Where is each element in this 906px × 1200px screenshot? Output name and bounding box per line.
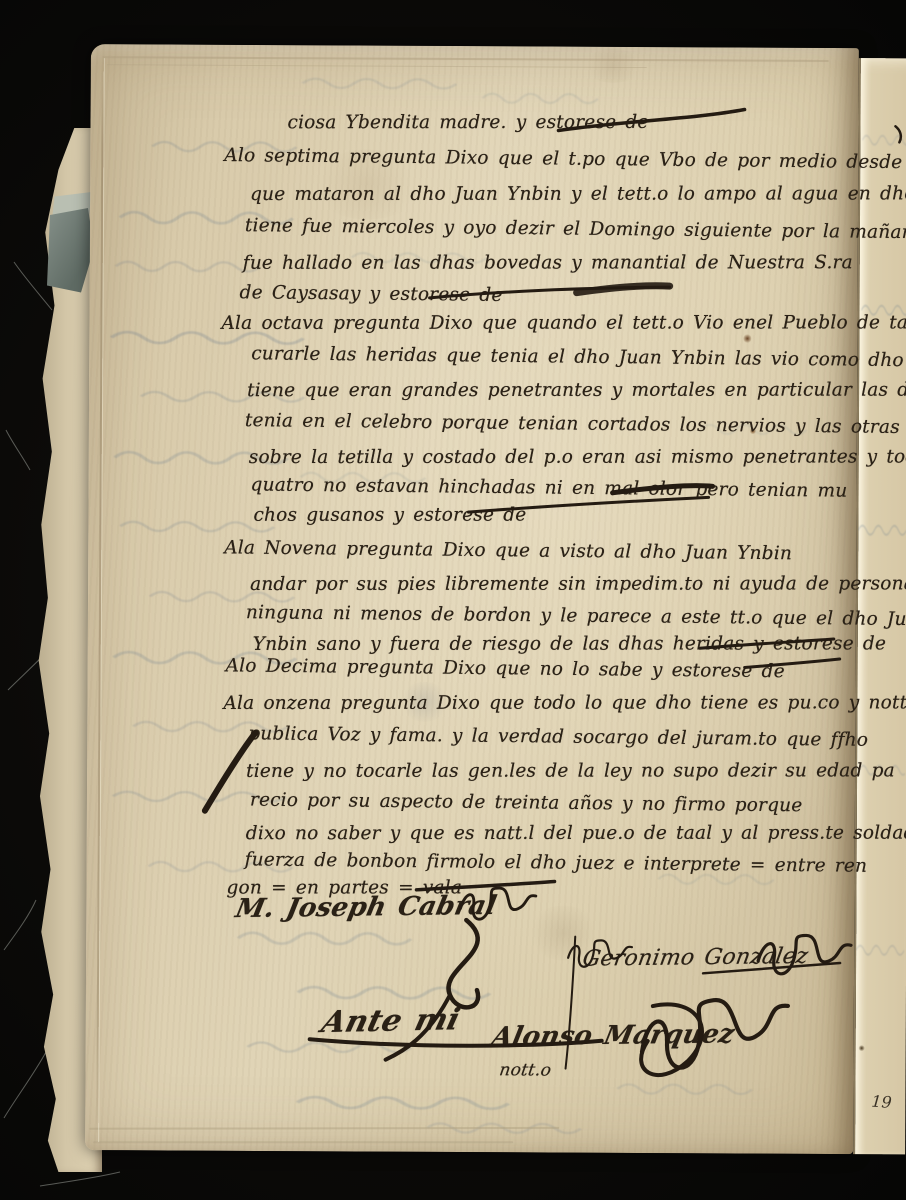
signature-alonso-marquez: Alonso Marquez (489, 1019, 737, 1052)
manuscript-line: sobre la tetilla y costado del p.o eran … (249, 446, 906, 468)
manuscript-line: publica Voz y fama. y la verdad socargo … (248, 723, 868, 750)
manuscript-photo: ciosa Ybendita madre. y estorese deAlo s… (0, 0, 906, 1200)
manuscript-line: recio por su aspecto de treinta años y n… (250, 789, 803, 816)
signature-joseph-cabral: M. Joseph Cabral (233, 891, 499, 924)
manuscript-line: curarle las heridas que tenia el dho Jua… (251, 343, 904, 371)
manuscript-line: tiene fue miercoles y oyo dezir el Domin… (245, 215, 906, 243)
open-book: ciosa Ybendita madre. y estorese deAlo s… (0, 0, 906, 1200)
folio-number: 19 (871, 1092, 893, 1112)
manuscript-line: dixo no saber y que es natt.l del pue.o … (246, 823, 906, 845)
manuscript-line: tiene y no tocarle las gen.les de la ley… (246, 760, 895, 782)
manuscript-line: chos gusanos y estorese de (253, 505, 526, 526)
notary-abbreviation: nott.o (498, 1060, 553, 1080)
manuscript-line: Ala onzena pregunta Dixo que todo lo que… (223, 692, 906, 714)
manuscript-line: fue hallado en las dhas bovedas y manant… (243, 252, 853, 274)
manuscript-line: que mataron al dho Juan Ynbin y el tett.… (250, 183, 906, 205)
manuscript-line: Ynbin sano y fuera de riesgo de las dhas… (253, 633, 886, 655)
manuscript-line: Alo septima pregunta Dixo que el t.po qu… (224, 145, 902, 173)
manuscript-line: de Caysasay y estorese de (239, 282, 502, 306)
signature-geronimo-gonzalez: Geronimo Gonzalez (581, 944, 810, 972)
manuscript-line: Ala Novena pregunta Dixo que a visto al … (224, 537, 792, 564)
manuscript-line: ciosa Ybendita madre. y estorese de (287, 112, 648, 133)
signature-ante-mi: Ante mi (318, 1002, 464, 1040)
text-layer: ciosa Ybendita madre. y estorese deAlo s… (0, 0, 906, 1200)
manuscript-line: andar por sus pies libremente sin impedi… (250, 573, 906, 595)
manuscript-line: Ala octava pregunta Dixo que quando el t… (221, 312, 906, 334)
manuscript-line: tenia en el celebro porque tenian cortad… (245, 410, 906, 438)
manuscript-line: fuerza de bonbon firmolo el dho juez e i… (245, 849, 868, 877)
manuscript-line: quatro no estavan hinchadas ni en mal ol… (250, 474, 847, 501)
manuscript-line: Alo Decima pregunta Dixo que no lo sabe … (226, 655, 785, 682)
manuscript-line: ninguna ni menos de bordon y le parece a… (246, 602, 906, 630)
manuscript-line: tiene que eran grandes penetrantes y mor… (247, 380, 906, 402)
